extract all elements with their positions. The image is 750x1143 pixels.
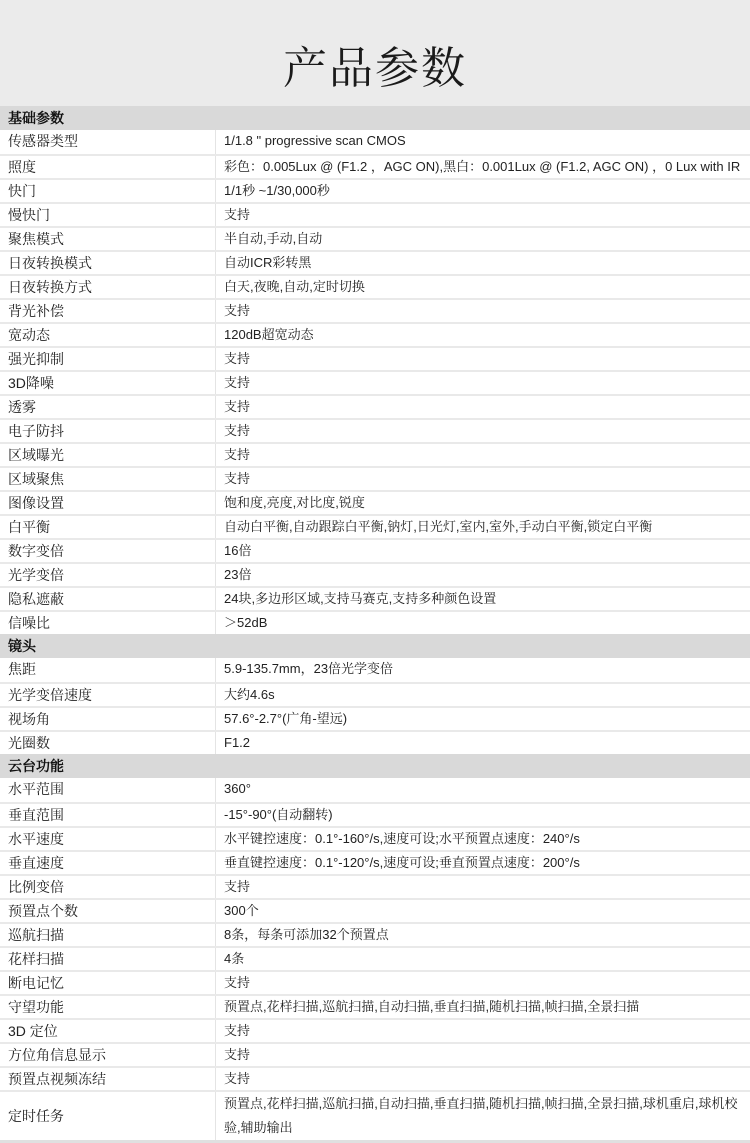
table-row: 光学变倍速度大约4.6s (0, 682, 750, 706)
param-value: 1/1.8 " progressive scan CMOS (216, 130, 750, 154)
param-value: 支持 (216, 348, 750, 370)
page-title: 产品参数 (283, 32, 467, 96)
param-name: 日夜转换方式 (0, 276, 216, 298)
param-name: 慢快门 (0, 204, 216, 226)
table-row: 图像设置饱和度,亮度,对比度,锐度 (0, 490, 750, 514)
table-row: 3D 定位支持 (0, 1018, 750, 1042)
param-value: 预置点,花样扫描,巡航扫描,自动扫描,垂直扫描,随机扫描,帧扫描,全景扫描,球机… (216, 1092, 750, 1140)
param-name: 快门 (0, 180, 216, 202)
param-name: 区域聚焦 (0, 468, 216, 490)
table-row: 宽动态120dB超宽动态 (0, 322, 750, 346)
param-name: 垂直速度 (0, 852, 216, 874)
section-header: 镜头 (0, 634, 750, 658)
table-row: 背光补偿支持 (0, 298, 750, 322)
param-value: 8条，每条可添加32个预置点 (216, 924, 750, 946)
table-row: 3D降噪支持 (0, 370, 750, 394)
table-row: 隐私遮蔽24块,多边形区域,支持马赛克,支持多种颜色设置 (0, 586, 750, 610)
table-row: 断电记忆支持 (0, 970, 750, 994)
param-name: 预置点视频冻结 (0, 1068, 216, 1090)
param-value: 支持 (216, 444, 750, 466)
table-row: 焦距5.9-135.7mm，23倍光学变倍 (0, 658, 750, 682)
param-name: 电子防抖 (0, 420, 216, 442)
param-name: 3D 定位 (0, 1020, 216, 1042)
title-area: 产品参数 (0, 0, 750, 106)
param-name: 聚焦模式 (0, 228, 216, 250)
param-name: 巡航扫描 (0, 924, 216, 946)
param-value: 支持 (216, 204, 750, 226)
param-name: 光学变倍 (0, 564, 216, 586)
table-row: 光学变倍23倍 (0, 562, 750, 586)
param-name: 隐私遮蔽 (0, 588, 216, 610)
param-name: 视场角 (0, 708, 216, 730)
table-row: 电子防抖支持 (0, 418, 750, 442)
table-row: 定时任务预置点,花样扫描,巡航扫描,自动扫描,垂直扫描,随机扫描,帧扫描,全景扫… (0, 1090, 750, 1140)
param-name: 预置点个数 (0, 900, 216, 922)
spec-table: 基础参数传感器类型1/1.8 " progressive scan CMOS照度… (0, 106, 750, 1140)
table-row: 光圈数F1.2 (0, 730, 750, 754)
param-value: 支持 (216, 396, 750, 418)
table-row: 区域聚焦支持 (0, 466, 750, 490)
param-name: 宽动态 (0, 324, 216, 346)
param-name: 定时任务 (0, 1092, 216, 1140)
param-name: 3D降噪 (0, 372, 216, 394)
param-name: 比例变倍 (0, 876, 216, 898)
param-value: 支持 (216, 1068, 750, 1090)
param-value: 垂直键控速度：0.1°-120°/s,速度可设;垂直预置点速度：200°/s (216, 852, 750, 874)
param-value: 1/1秒 ~1/30,000秒 (216, 180, 750, 202)
table-row: 白平衡自动白平衡,自动跟踪白平衡,钠灯,日光灯,室内,室外,手动白平衡,锁定白平… (0, 514, 750, 538)
param-name: 水平范围 (0, 778, 216, 802)
param-name: 传感器类型 (0, 130, 216, 154)
table-row: 巡航扫描8条，每条可添加32个预置点 (0, 922, 750, 946)
param-value: 支持 (216, 372, 750, 394)
param-name: 断电记忆 (0, 972, 216, 994)
table-row: 聚焦模式半自动,手动,自动 (0, 226, 750, 250)
param-name: 照度 (0, 156, 216, 178)
table-row: 视场角57.6°-2.7°(广角-望远) (0, 706, 750, 730)
table-row: 水平范围360° (0, 778, 750, 802)
table-row: 守望功能预置点,花样扫描,巡航扫描,自动扫描,垂直扫描,随机扫描,帧扫描,全景扫… (0, 994, 750, 1018)
table-row: 垂直速度垂直键控速度：0.1°-120°/s,速度可设;垂直预置点速度：200°… (0, 850, 750, 874)
param-value: 水平键控速度：0.1°-160°/s,速度可设;水平预置点速度：240°/s (216, 828, 750, 850)
param-value: 支持 (216, 972, 750, 994)
table-row: 花样扫描4条 (0, 946, 750, 970)
param-value: 支持 (216, 1044, 750, 1066)
param-name: 白平衡 (0, 516, 216, 538)
param-value: 4条 (216, 948, 750, 970)
param-name: 强光抑制 (0, 348, 216, 370)
table-row: 透雾支持 (0, 394, 750, 418)
param-value: 大约4.6s (216, 684, 750, 706)
param-value: 23倍 (216, 564, 750, 586)
param-name: 数字变倍 (0, 540, 216, 562)
param-value: 自动ICR彩转黑 (216, 252, 750, 274)
param-name: 光学变倍速度 (0, 684, 216, 706)
param-name: 背光补偿 (0, 300, 216, 322)
param-name: 日夜转换模式 (0, 252, 216, 274)
param-value: 支持 (216, 300, 750, 322)
table-row: 数字变倍16倍 (0, 538, 750, 562)
param-value: 5.9-135.7mm，23倍光学变倍 (216, 658, 750, 682)
param-value: 120dB超宽动态 (216, 324, 750, 346)
table-row: 快门1/1秒 ~1/30,000秒 (0, 178, 750, 202)
param-value: 24块,多边形区域,支持马赛克,支持多种颜色设置 (216, 588, 750, 610)
table-row: 日夜转换方式白天,夜晚,自动,定时切换 (0, 274, 750, 298)
param-value: -15°-90°(自动翻转) (216, 804, 750, 826)
table-row: 区域曝光支持 (0, 442, 750, 466)
param-name: 信噪比 (0, 612, 216, 634)
param-value: 自动白平衡,自动跟踪白平衡,钠灯,日光灯,室内,室外,手动白平衡,锁定白平衡 (216, 516, 750, 538)
param-name: 区域曝光 (0, 444, 216, 466)
param-value: 支持 (216, 876, 750, 898)
param-name: 花样扫描 (0, 948, 216, 970)
table-row: 信噪比＞52dB (0, 610, 750, 634)
table-row: 比例变倍支持 (0, 874, 750, 898)
param-value: 360° (216, 778, 750, 802)
param-value: 支持 (216, 420, 750, 442)
param-value: 支持 (216, 1020, 750, 1042)
table-row: 水平速度水平键控速度：0.1°-160°/s,速度可设;水平预置点速度：240°… (0, 826, 750, 850)
param-value: 支持 (216, 468, 750, 490)
table-row: 日夜转换模式自动ICR彩转黑 (0, 250, 750, 274)
param-name: 垂直范围 (0, 804, 216, 826)
table-row: 方位角信息显示支持 (0, 1042, 750, 1066)
param-value: 预置点,花样扫描,巡航扫描,自动扫描,垂直扫描,随机扫描,帧扫描,全景扫描 (216, 996, 750, 1018)
table-row: 慢快门支持 (0, 202, 750, 226)
param-name: 光圈数 (0, 732, 216, 754)
section-header: 云台功能 (0, 754, 750, 778)
section-header: 基础参数 (0, 106, 750, 130)
table-row: 传感器类型1/1.8 " progressive scan CMOS (0, 130, 750, 154)
param-name: 图像设置 (0, 492, 216, 514)
table-row: 照度彩色：0.005Lux @ (F1.2 ，AGC ON),黑白：0.001L… (0, 154, 750, 178)
param-value: F1.2 (216, 732, 750, 754)
table-row: 预置点个数300个 (0, 898, 750, 922)
table-row: 强光抑制支持 (0, 346, 750, 370)
param-value: 白天,夜晚,自动,定时切换 (216, 276, 750, 298)
param-value: 饱和度,亮度,对比度,锐度 (216, 492, 750, 514)
param-value: 16倍 (216, 540, 750, 562)
param-value: 彩色：0.005Lux @ (F1.2 ，AGC ON),黑白：0.001Lux… (216, 156, 750, 178)
param-value: 300个 (216, 900, 750, 922)
param-name: 焦距 (0, 658, 216, 682)
param-value: ＞52dB (216, 612, 750, 634)
param-name: 透雾 (0, 396, 216, 418)
param-name: 守望功能 (0, 996, 216, 1018)
param-value: 半自动,手动,自动 (216, 228, 750, 250)
param-name: 水平速度 (0, 828, 216, 850)
table-row: 预置点视频冻结支持 (0, 1066, 750, 1090)
table-row: 垂直范围-15°-90°(自动翻转) (0, 802, 750, 826)
param-name: 方位角信息显示 (0, 1044, 216, 1066)
param-value: 57.6°-2.7°(广角-望远) (216, 708, 750, 730)
